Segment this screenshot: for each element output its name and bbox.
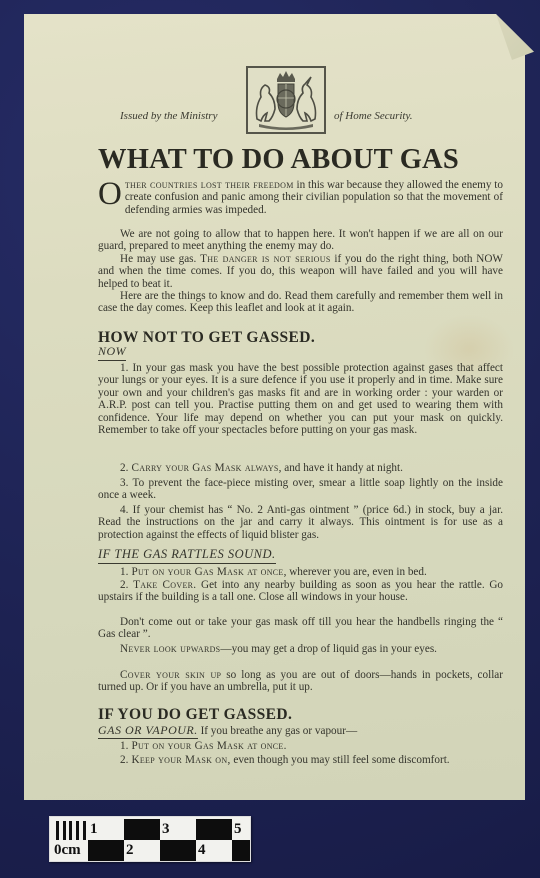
subheading-now: NOW xyxy=(98,344,126,361)
list-item-1: 1. In your gas mask you have the best po… xyxy=(98,362,503,436)
scale-label-1: 1 xyxy=(88,819,124,840)
scale-label-5: 5 xyxy=(232,819,250,840)
subheading-gas-or-vapour: GAS OR VAPOUR. xyxy=(98,723,198,739)
list-item-3: 3. To prevent the face-piece misting ove… xyxy=(98,477,503,502)
leaflet-page: Issued by the Ministry of Home Security.… xyxy=(24,14,525,800)
scale-block-dark xyxy=(88,840,124,861)
rattle-item-2: 2. Take Cover. Get into any nearby build… xyxy=(98,579,503,604)
issuer-left-text: Issued by the Ministry xyxy=(120,110,217,122)
scale-block-dark xyxy=(196,819,232,840)
scale-label-2: 2 xyxy=(124,840,160,861)
gas-clear-paragraph: Don't come out or take your gas mask off… xyxy=(98,616,503,641)
royal-crest-icon xyxy=(246,66,326,134)
gas-or-vapour-line: GAS OR VAPOUR. If you breathe any gas or… xyxy=(98,724,518,737)
coat-of-arms-icon xyxy=(249,69,323,131)
never-look-up-paragraph: Never look upwards—you may get a drop of… xyxy=(98,643,503,655)
intro-paragraph-4: Here are the things to know and do. Read… xyxy=(98,290,503,315)
scale-block-dark xyxy=(124,819,160,840)
section-heading-how-not: HOW NOT TO GET GASSED. xyxy=(98,329,315,347)
scale-unit-label: 0cm xyxy=(52,840,88,861)
intro-paragraph-1: Other countries lost their freedom in th… xyxy=(98,179,503,216)
drop-cap: O xyxy=(98,180,122,208)
list-item-4: 4. If your chemist has “ No. 2 Anti-gas … xyxy=(98,504,503,541)
issuer-right-text: of Home Security. xyxy=(334,110,413,122)
section-heading-if-gassed: IF YOU DO GET GASSED. xyxy=(98,706,292,724)
scale-block-dark xyxy=(232,840,250,861)
page-title: WHAT TO DO ABOUT GAS xyxy=(98,144,459,176)
scale-bar: 1 3 5 0cm 2 4 xyxy=(49,816,251,862)
scale-block-dark xyxy=(160,840,196,861)
scale-ticks xyxy=(52,819,88,840)
intro-paragraph-2: We are not going to allow that to happen… xyxy=(98,228,503,253)
rattle-item-1: 1. Put on your Gas Mask at once, whereve… xyxy=(98,566,503,578)
intro-paragraph-3: He may use gas. The danger is not seriou… xyxy=(98,253,503,290)
scale-label-3: 3 xyxy=(160,819,196,840)
gassed-item-2: 2. Keep your Mask on, even though you ma… xyxy=(98,754,503,766)
scale-label-4: 4 xyxy=(196,840,232,861)
cover-skin-paragraph: Cover your skin up so long as you are ou… xyxy=(98,669,503,694)
subheading-gas-rattles: IF THE GAS RATTLES SOUND. xyxy=(98,547,276,564)
list-item-2: 2. Carry your Gas Mask always, and have … xyxy=(98,462,503,474)
gassed-item-1: 1. Put on your Gas Mask at once. xyxy=(98,740,503,752)
